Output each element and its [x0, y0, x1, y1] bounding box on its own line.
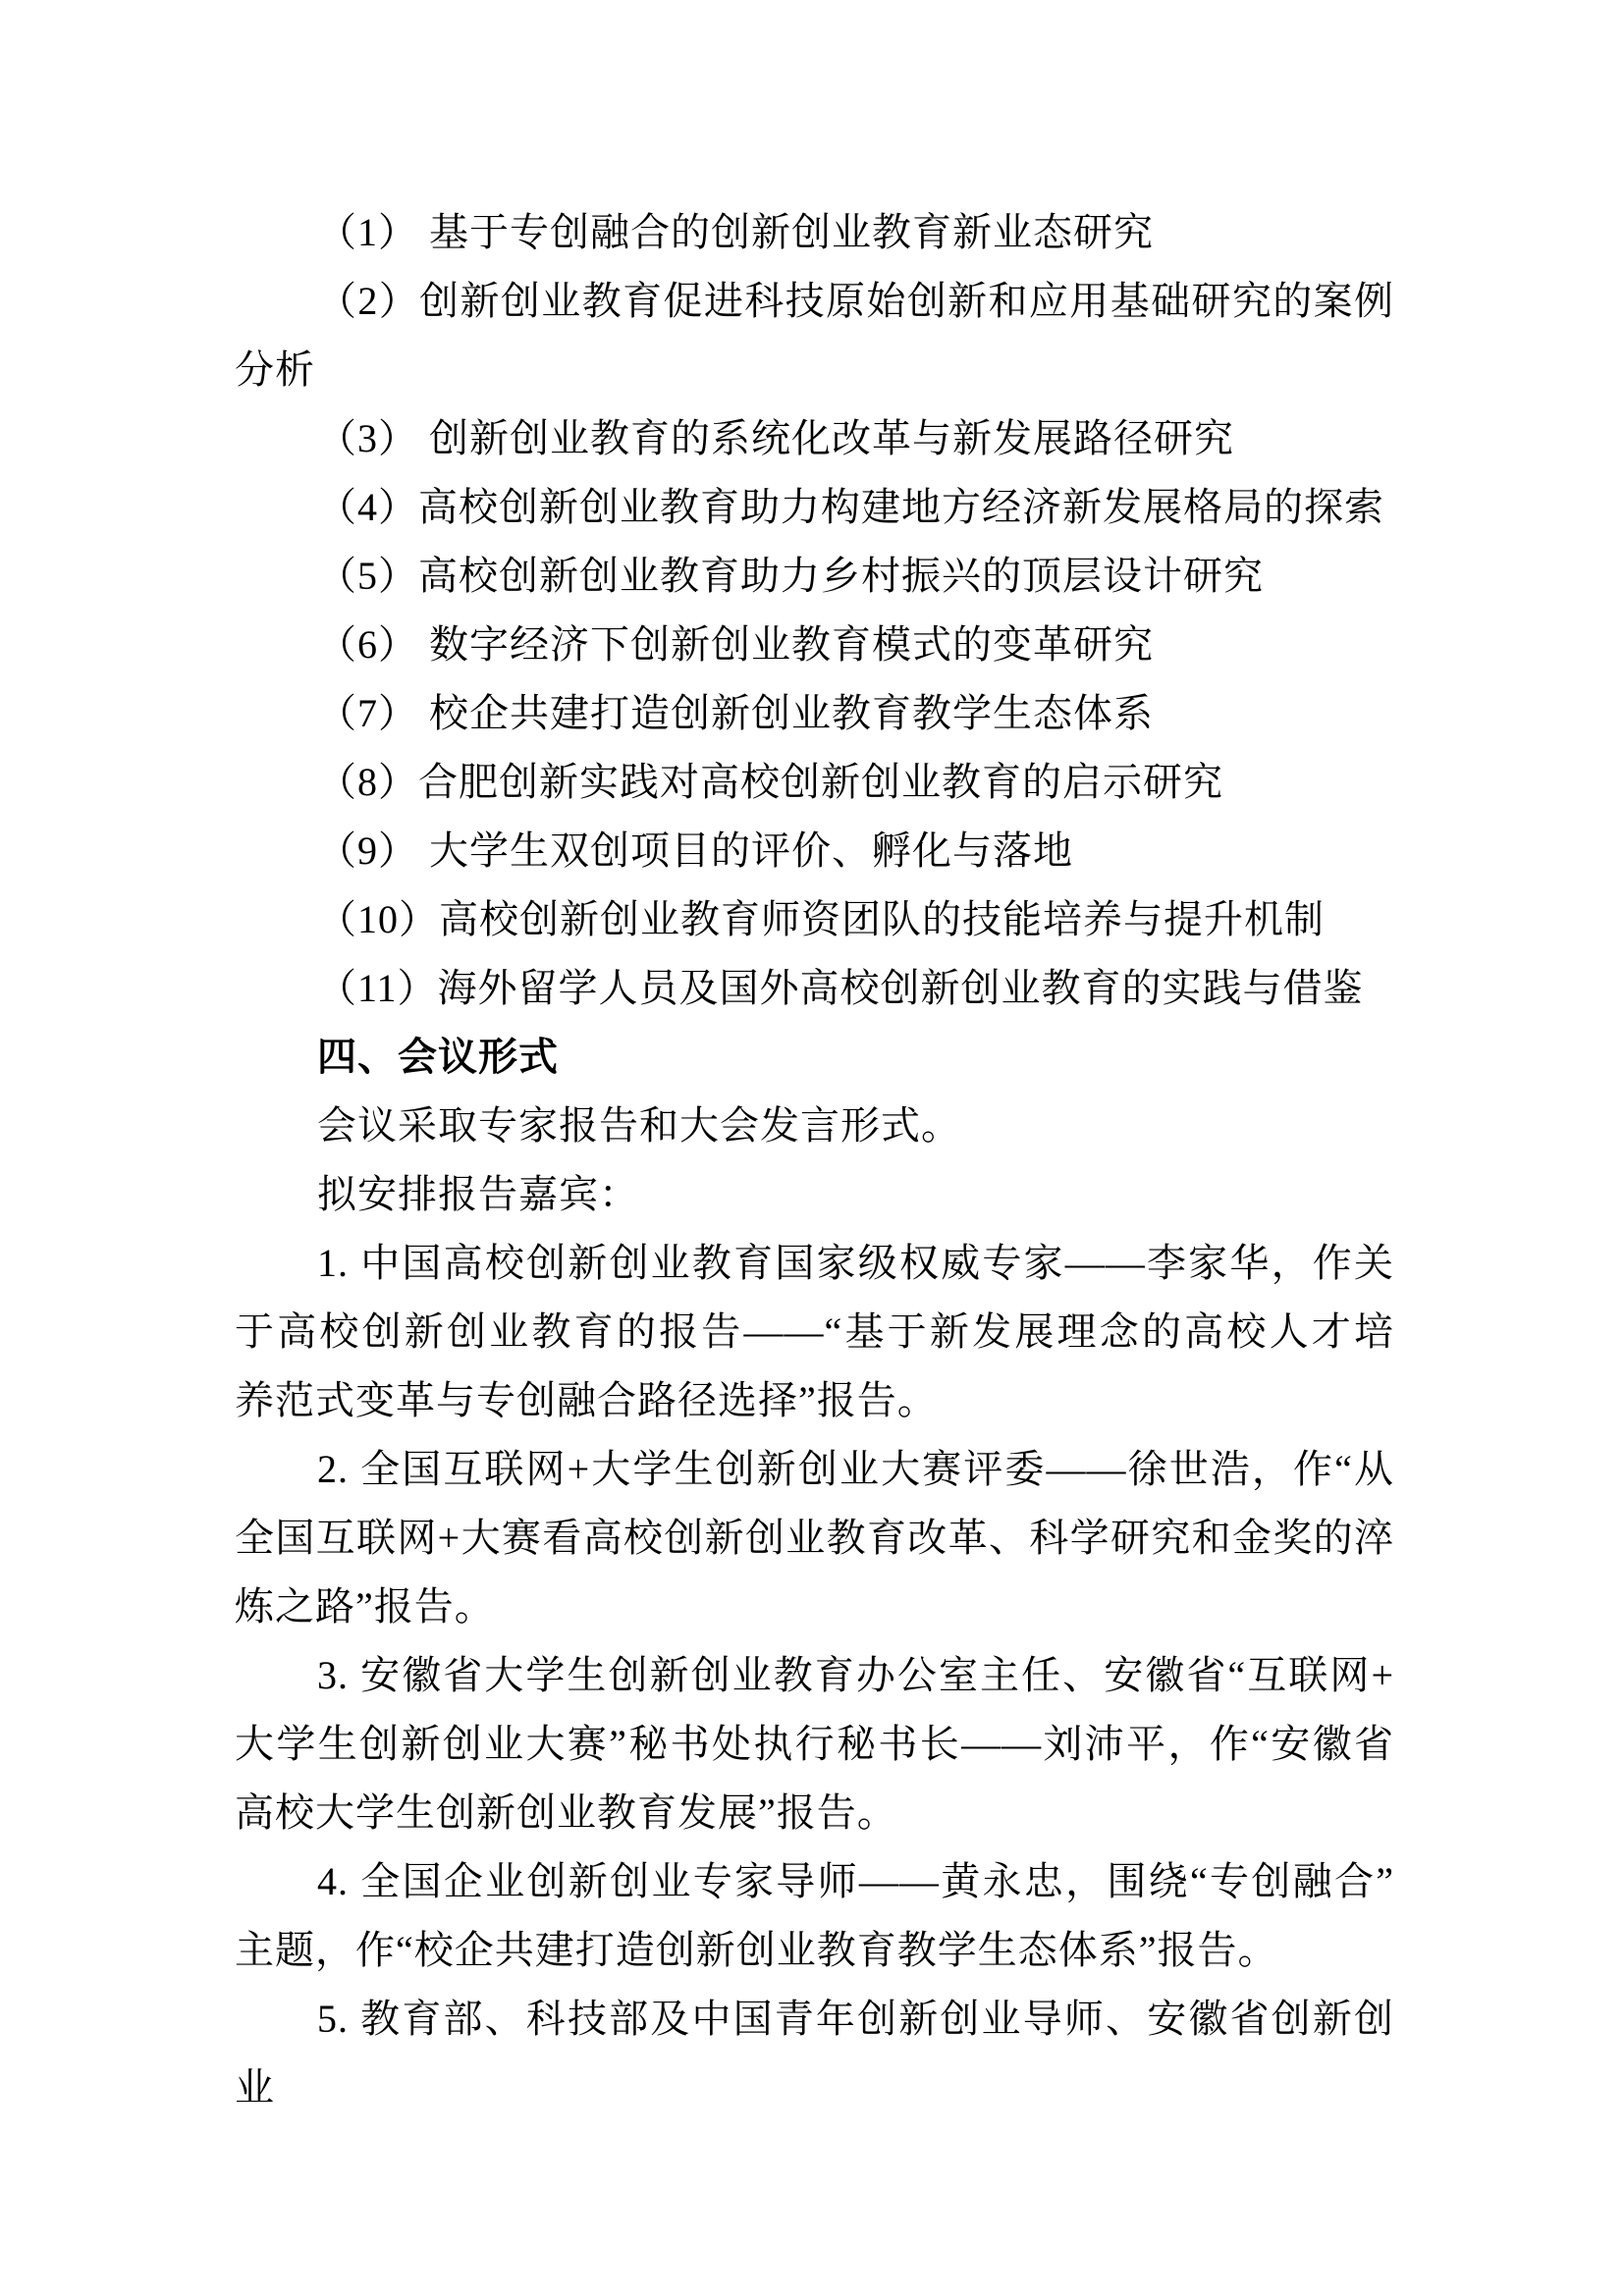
text-line: （4）高校创新创业教育助力构建地方经济新发展格局的探索 [235, 473, 1394, 542]
text-line: 大学生创新创业大赛”秘书处执行秘书长——刘沛平，作“安徽省 [235, 1710, 1394, 1779]
text-line: （7） 校企共建打造创新创业教育教学生态体系 [235, 679, 1394, 748]
text-line: 于高校创新创业教育的报告——“基于新发展理念的高校人才培 [235, 1298, 1394, 1366]
text-line: 3. 安徽省大学生创新创业教育办公室主任、安徽省“互联网+ [235, 1641, 1394, 1710]
text-line: （1） 基于专创融合的创新创业教育新业态研究 [235, 198, 1394, 267]
text-line: （6） 数字经济下创新创业教育模式的变革研究 [235, 611, 1394, 679]
text-line: （10）高校创新创业教育师资团队的技能培养与提升机制 [235, 885, 1394, 954]
text-line: 5. 教育部、科技部及中国青年创新创业导师、安徽省创新创业 [235, 1985, 1394, 2054]
text-line: （11）海外留学人员及国外高校创新创业教育的实践与借鉴 [235, 954, 1394, 1023]
text-line: 1. 中国高校创新创业教育国家级权威专家——李家华，作关 [235, 1229, 1394, 1298]
text-line: （9） 大学生双创项目的评价、孵化与落地 [235, 817, 1394, 885]
document-page: （1） 基于专创融合的创新创业教育新业态研究（2）创新创业教育促进科技原始创新和… [0, 0, 1624, 2296]
text-line: （3） 创新创业教育的系统化改革与新发展路径研究 [235, 404, 1394, 473]
document-content: （1） 基于专创融合的创新创业教育新业态研究（2）创新创业教育促进科技原始创新和… [235, 198, 1394, 2054]
text-line: （2）创新创业教育促进科技原始创新和应用基础研究的案例 [235, 267, 1394, 336]
text-line: 全国互联网+大赛看高校创新创业教育改革、科学研究和金奖的淬 [235, 1504, 1394, 1573]
text-line: （8）合肥创新实践对高校创新创业教育的启示研究 [235, 748, 1394, 817]
text-line: 养范式变革与专创融合路径选择”报告。 [235, 1366, 1394, 1435]
text-line: 高校大学生创新创业教育发展”报告。 [235, 1779, 1394, 1847]
text-line: （5）高校创新创业教育助力乡村振兴的顶层设计研究 [235, 542, 1394, 611]
text-line: 主题，作“校企共建打造创新创业教育教学生态体系”报告。 [235, 1916, 1394, 1985]
text-line: 分析 [235, 336, 1394, 404]
text-line: 拟安排报告嘉宾： [235, 1160, 1394, 1229]
text-line: 会议采取专家报告和大会发言形式。 [235, 1092, 1394, 1160]
text-line: 4. 全国企业创新创业专家导师——黄永忠，围绕“专创融合” [235, 1847, 1394, 1916]
text-line: 炼之路”报告。 [235, 1573, 1394, 1641]
text-line: 2. 全国互联网+大学生创新创业大赛评委——徐世浩，作“从 [235, 1435, 1394, 1504]
section-heading: 四、会议形式 [235, 1023, 1394, 1092]
